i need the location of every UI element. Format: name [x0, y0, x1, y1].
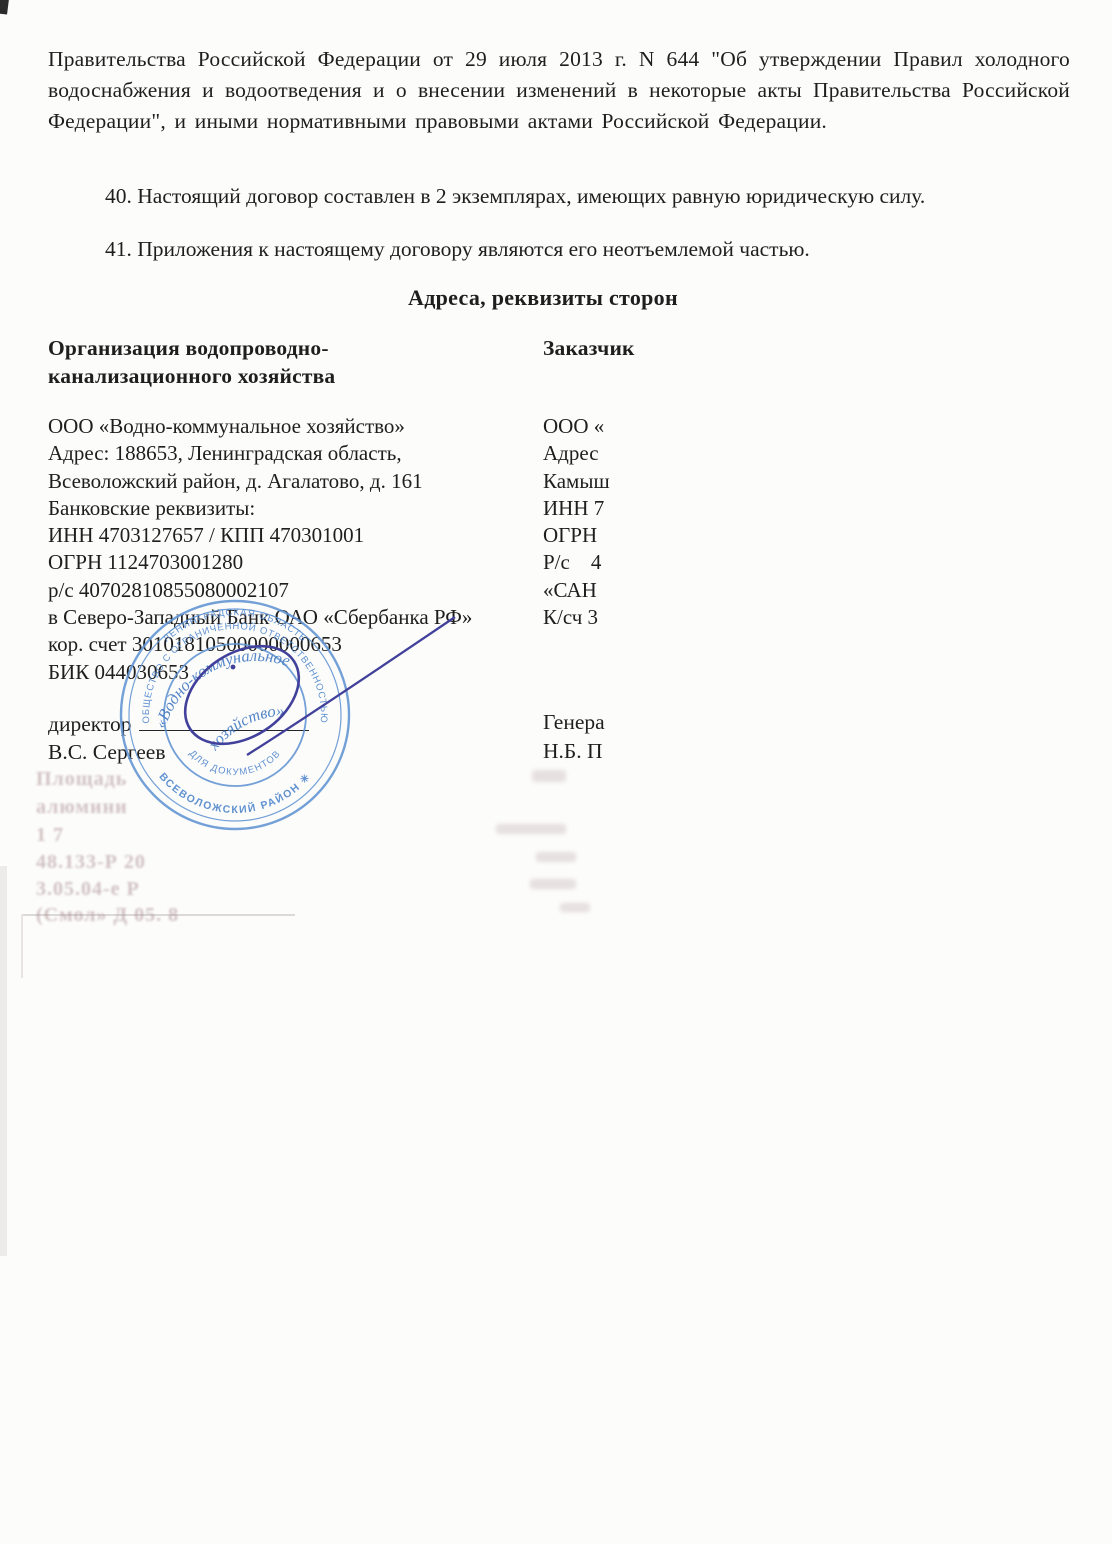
customer-signature-block: Генера Н.Б. П: [543, 708, 605, 766]
customer-corr-truncated: К/сч 3: [543, 604, 1070, 631]
customer-name-truncated: ООО «: [543, 413, 1070, 440]
customer-inn-truncated: ИНН 7: [543, 495, 1070, 522]
bleed-through-text: 48.133-Р 20: [36, 851, 146, 874]
customer-bank-truncated: «САН: [543, 577, 1070, 604]
bleed-through-smudge: [560, 903, 590, 912]
customer-address-truncated: Адрес: [543, 440, 1070, 467]
customer-signer-name-truncated: Н.Б. П: [543, 737, 605, 766]
customer-details: ООО « Адрес Камыш ИНН 7 ОГРН Р/с 4 «САН …: [543, 413, 1070, 631]
bleed-through-text: 3.05.04-е Р: [36, 878, 140, 901]
bleed-through-text: Площадь: [36, 768, 127, 791]
section-heading: Адреса, реквизиты сторон: [48, 285, 1038, 311]
customer-header: Заказчик: [543, 334, 1070, 390]
clause-41: 41. Приложения к настоящему договору явл…: [48, 236, 1070, 263]
bleed-through-smudge: [532, 770, 566, 782]
org-name: ООО «Водно-коммунальное хозяйство»: [48, 413, 543, 440]
org-address-1: Адрес: 188653, Ленинградская область,: [48, 440, 543, 467]
org-ogrn: ОГРН 1124703001280: [48, 549, 543, 576]
party-column-customer: Заказчик ООО « Адрес Камыш ИНН 7 ОГРН Р/…: [543, 334, 1070, 686]
customer-address2-truncated: Камыш: [543, 468, 1070, 495]
customer-account-truncated: Р/с 4: [543, 549, 1070, 576]
bleed-through-smudge: [530, 879, 576, 889]
organization-header-line2: канализационного хозяйства: [48, 362, 543, 390]
stamp-company-name-line2: хозяйство»: [198, 691, 292, 757]
bleed-through-smudge: [536, 852, 576, 862]
handwritten-signature: [167, 617, 455, 764]
scanned-contract-page: Правительства Российской Федерации от 29…: [0, 0, 1112, 1544]
bleed-through-smudge: [496, 824, 566, 834]
org-bank-label: Банковские реквизиты:: [48, 495, 543, 522]
bleed-through-text: алюмини: [36, 796, 128, 819]
bleed-through-text: (Смол» Д 05. 8: [36, 904, 179, 927]
scan-corner-artifact: [0, 0, 9, 15]
customer-signer-title-truncated: Генера: [543, 708, 605, 737]
org-address-2: Всеволожский район, д. Агалатово, д. 161: [48, 468, 543, 495]
customer-ogrn-truncated: ОГРН: [543, 522, 1070, 549]
underlying-page-edge: [21, 914, 23, 978]
intro-paragraph: Правительства Российской Федерации от 29…: [48, 44, 1070, 137]
organization-header: Организация водопроводно- канализационно…: [48, 334, 543, 390]
organization-header-line1: Организация водопроводно-: [48, 334, 543, 362]
company-stamp: ЛЕНИНГРАДСКАЯ ОБЛАСТЬ ОБЩЕСТВО С ОГРАНИЧ…: [105, 583, 485, 851]
customer-header-line1: Заказчик: [543, 334, 1070, 362]
stamp-for-documents-text: ДЛЯ ДОКУМЕНТОВ: [187, 748, 284, 778]
bleed-through-text: 1 7: [36, 824, 64, 847]
clause-40: 40. Настоящий договор составлен в 2 экзе…: [48, 183, 1070, 210]
org-inn-kpp: ИНН 4703127657 / КПП 470301001: [48, 522, 543, 549]
scan-edge-shadow: [0, 866, 7, 1256]
